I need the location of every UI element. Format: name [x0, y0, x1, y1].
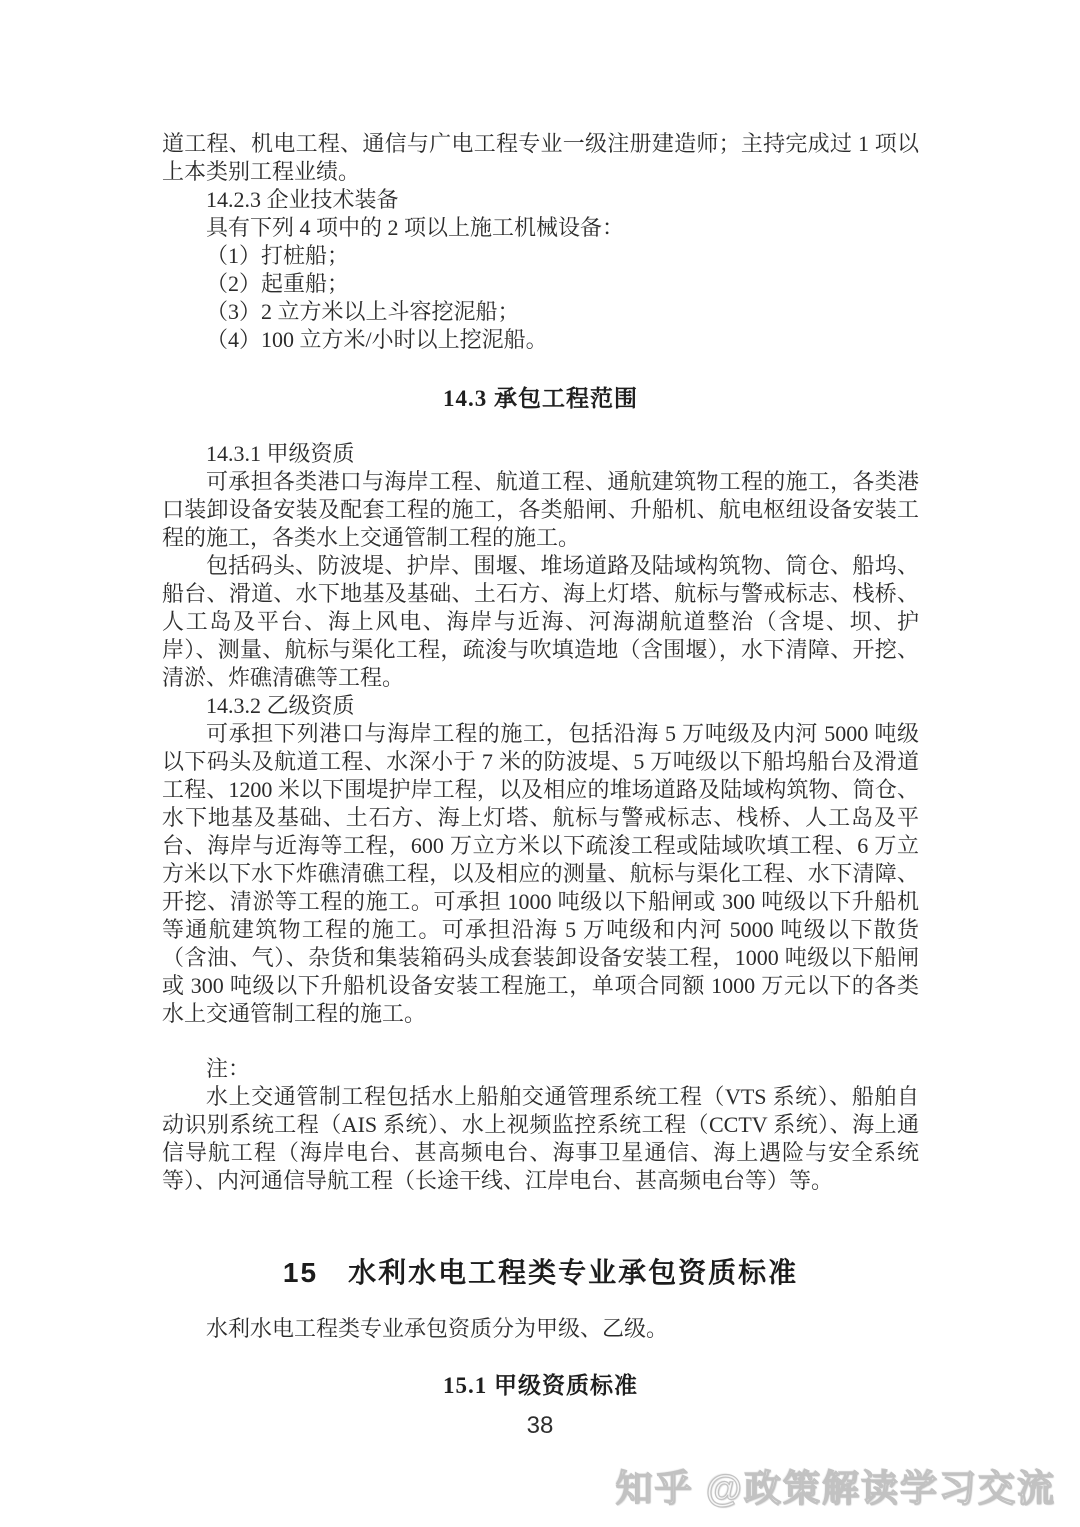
document-page: 道工程、机电工程、通信与广电工程专业一级注册建造师；主持完成过 1 项以上本类别… [0, 0, 1080, 1527]
grade-a-scope-paragraph-2: 包括码头、防波堤、护岸、围堰、堆场道路及陆域构筑物、筒仓、船坞、船台、滑道、水下… [162, 552, 919, 692]
section-heading-15-1: 15.1 甲级资质标准 [162, 1372, 919, 1400]
equipment-lead: 具有下列 4 项中的 2 项以上施工机械设备： [162, 214, 919, 242]
equipment-item-3: （3）2 立方米以上斗容挖泥船； [162, 298, 919, 326]
section-heading-14-3: 14.3 承包工程范围 [162, 385, 919, 413]
equipment-item-2: （2）起重船； [162, 270, 919, 298]
page-content: 道工程、机电工程、通信与广电工程专业一级注册建造师；主持完成过 1 项以上本类别… [162, 130, 919, 1400]
grade-a-scope-paragraph-1: 可承担各类港口与海岸工程、航道工程、通航建筑物工程的施工，各类港口装卸设备安装及… [162, 468, 919, 552]
subsection-title-14-3-1: 14.3.1 甲级资质 [162, 440, 919, 468]
note-paragraph: 水上交通管制工程包括水上船舶交通管理系统工程（VTS 系统）、船舶自动识别系统工… [162, 1083, 919, 1195]
page-number: 38 [0, 1412, 1080, 1440]
equipment-item-1: （1）打桩船； [162, 242, 919, 270]
paragraph-continuation: 道工程、机电工程、通信与广电工程专业一级注册建造师；主持完成过 1 项以上本类别… [162, 130, 919, 186]
subsection-title-14-2-3: 14.2.3 企业技术装备 [162, 186, 919, 214]
equipment-item-4: （4）100 立方米/小时以上挖泥船。 [162, 326, 919, 354]
zhihu-watermark: 知乎 @政策解读学习交流 [616, 1458, 1056, 1512]
grade-b-scope-paragraph: 可承担下列港口与海岸工程的施工，包括沿海 5 万吨级及内河 5000 吨级以下码… [162, 720, 919, 1028]
chapter-15-intro: 水利水电工程类专业承包资质分为甲级、乙级。 [162, 1315, 919, 1343]
chapter-heading-15: 15 水利水电工程类专业承包资质标准 [162, 1255, 919, 1291]
note-label: 注： [162, 1055, 919, 1083]
subsection-title-14-3-2: 14.3.2 乙级资质 [162, 692, 919, 720]
